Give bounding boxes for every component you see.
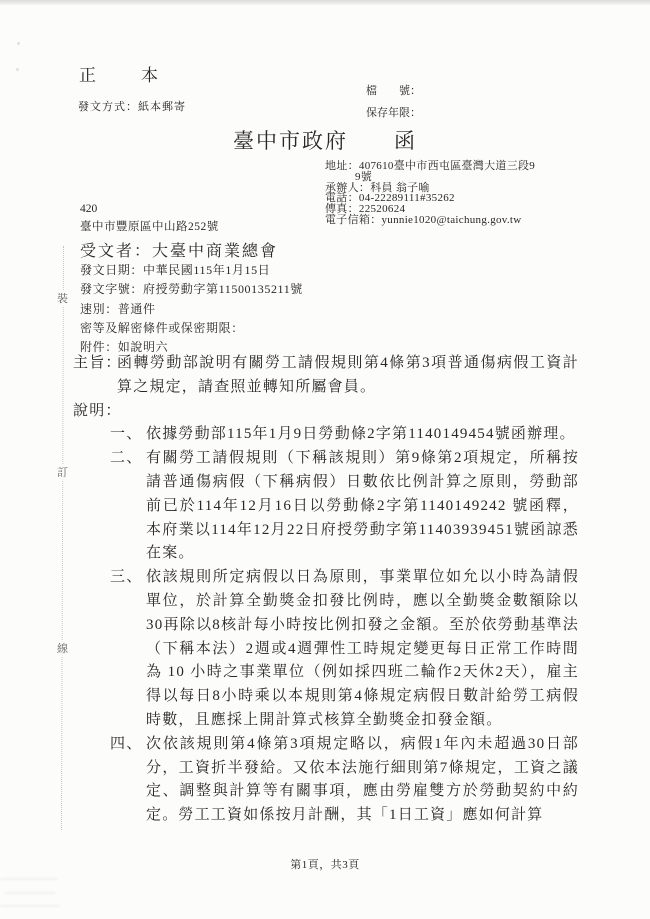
recipient-address: 臺中市豐原區中山路252號 bbox=[80, 218, 219, 234]
item-marker: 一、 bbox=[110, 423, 142, 447]
scan-speck bbox=[17, 42, 20, 45]
item-text: 次依該規則第4條第3項規定略以，病假1年內未超過30日部分，工資折半發給。又依本… bbox=[146, 736, 579, 823]
recipient-name: 受文者：大臺中商業總會 bbox=[80, 238, 278, 261]
subject-paragraph: 主旨： 函轉勞動部說明有關勞工請假規則第4條第3項普通傷病假工資計算之規定，請查… bbox=[73, 352, 579, 400]
file-number-label: 檔 號： bbox=[366, 82, 421, 98]
binding-mark-ding: 訂 bbox=[56, 464, 69, 480]
security-class: 密等及解密條件或保密期限： bbox=[80, 319, 303, 338]
explanation-item-3: 三、 依該規則所定病假以日為原則，事業單位如允以小時為請假單位，於計算全勤獎金扣… bbox=[73, 566, 579, 733]
issue-date: 發文日期：中華民國115年1月15日 bbox=[80, 261, 303, 280]
binding-mark-xian: 線 bbox=[56, 640, 69, 656]
binding-mark-zhuang: 裝 bbox=[56, 290, 69, 306]
agency-contact-block: 地址：407610臺中市西屯區臺灣大道三段9 9號 承辦人：科員 翁子喻 電話：… bbox=[325, 161, 535, 226]
scan-smudge bbox=[4, 892, 56, 894]
issue-number: 發文字號：府授勞動字第11500135211號 bbox=[80, 280, 303, 299]
explanation-item-4: 四、 次依該規則第4條第3項規定略以，病假1年內未超過30日部分，工資折半發給。… bbox=[73, 733, 579, 828]
item-marker: 三、 bbox=[110, 566, 142, 590]
explanation-item-2: 二、 有關勞工請假規則（下稱該規則）第9條第2項規定，所稱按請普通傷病假（下稱病… bbox=[73, 447, 579, 566]
item-text: 依該規則所定病假以日為原則，事業單位如允以小時為請假單位，於計算全勤獎金扣發比例… bbox=[146, 569, 579, 728]
item-marker: 二、 bbox=[110, 447, 142, 471]
copy-type-label: 正 本 bbox=[79, 61, 172, 86]
scan-artifact-band bbox=[0, 0, 650, 5]
retention-period-label: 保存年限： bbox=[366, 104, 421, 120]
document-meta-block: 發文日期：中華民國115年1月15日 發文字號：府授勞動字第1150013521… bbox=[80, 261, 303, 357]
agency-address-line2: 9號 bbox=[325, 172, 535, 183]
page-number-footer: 第1頁，共3頁 bbox=[0, 856, 650, 872]
scan-smudge bbox=[0, 878, 58, 880]
agency-email: 電子信箱：yunnie1020@taichung.gov.tw bbox=[325, 215, 535, 226]
speed-class: 速別：普通件 bbox=[80, 300, 303, 319]
letter-body: 主旨： 函轉勞動部說明有關勞工請假規則第4條第3項普通傷病假工資計算之規定，請查… bbox=[73, 352, 579, 828]
explanation-item-1: 一、 依據勞動部115年1月9日勞動條2字第1140149454號函辦理。 bbox=[73, 423, 579, 447]
document-title: 臺中市政府 函 bbox=[0, 125, 650, 155]
recipient-zip: 420 bbox=[80, 203, 97, 215]
scan-speck bbox=[16, 68, 19, 71]
subject-label: 主旨： bbox=[73, 352, 122, 376]
explanation-label: 說明： bbox=[73, 400, 579, 424]
subject-text: 函轉勞動部說明有關勞工請假規則第4條第3項普通傷病假工資計算之規定，請查照並轉知… bbox=[117, 355, 579, 395]
item-marker: 四、 bbox=[110, 733, 142, 757]
scan-smudge bbox=[0, 905, 60, 907]
scanned-letter-page: 正 本 發文方式：紙本郵寄 檔 號： 保存年限： 臺中市政府 函 地址：4076… bbox=[0, 0, 650, 919]
item-text: 依據勞動部115年1月9日勞動條2字第1140149454號函辦理。 bbox=[146, 426, 576, 442]
binding-dotted-line bbox=[61, 246, 64, 830]
item-text: 有關勞工請假規則（下稱該規則）第9條第2項規定，所稱按請普通傷病假（下稱病假）日… bbox=[146, 450, 579, 561]
delivery-method-label: 發文方式：紙本郵寄 bbox=[78, 98, 186, 114]
